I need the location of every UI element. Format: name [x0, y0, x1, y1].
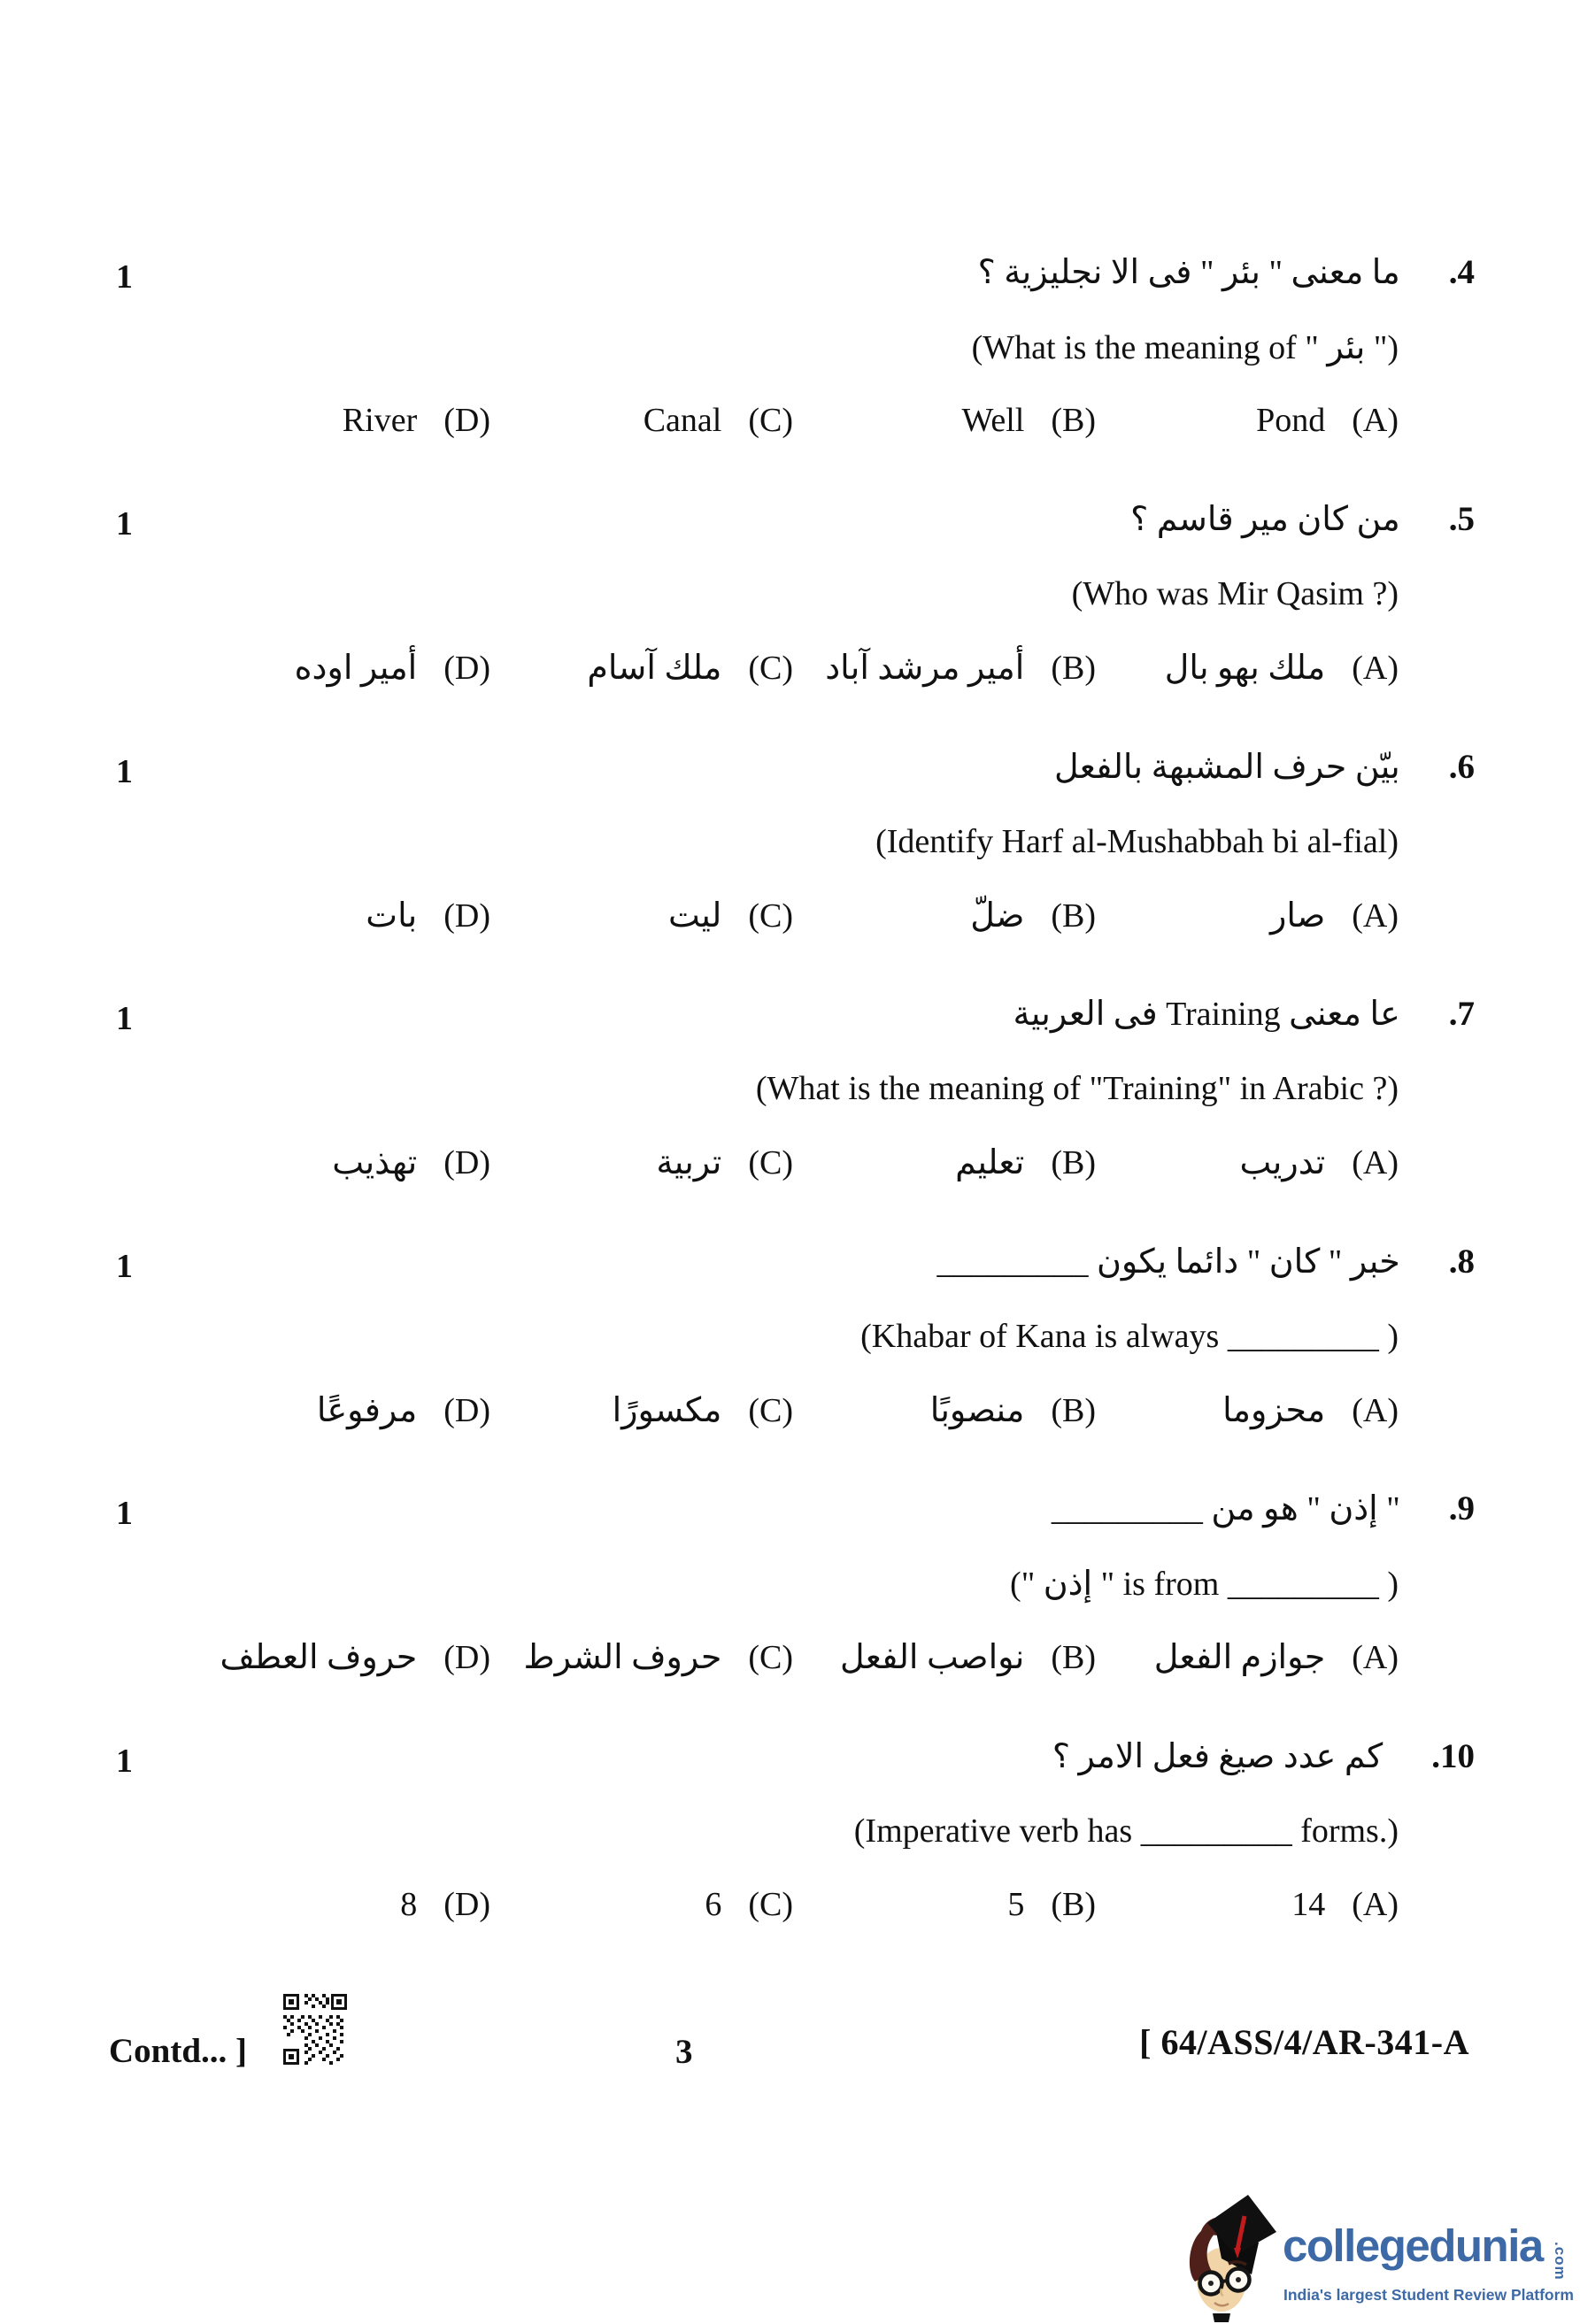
question-translation: (What is the meaning of "Training" in Ar…: [756, 1069, 1399, 1108]
question-number: 8.: [1449, 1242, 1475, 1281]
option-text: نواصب الفعل: [840, 1637, 1024, 1677]
options-row: (A)14 (B)5 (C)6 (D)8: [188, 1885, 1399, 1924]
option-b: (B)أمير مرشد آباد: [793, 648, 1096, 688]
option-letter: (B): [1051, 1143, 1096, 1182]
option-b: (B)تعليم: [793, 1143, 1096, 1182]
question-translation: (" إذن " is from _________ ): [1010, 1564, 1399, 1604]
options-row: (A)جوازم الفعل (B)نواصب الفعل (C)حروف ال…: [188, 1637, 1399, 1677]
option-b: (B)Well: [793, 401, 1096, 440]
page-number: 3: [675, 2032, 693, 2072]
option-text: جوازم الفعل: [1154, 1637, 1326, 1677]
option-text: 8: [400, 1885, 417, 1924]
options-row: (A)Pond (B)Well (C)Canal (D)River: [188, 401, 1399, 440]
option-letter: (D): [443, 401, 490, 440]
question-text-arabic: " إذن " هو من _________: [1052, 1489, 1400, 1528]
question-number: 10.: [1431, 1736, 1475, 1776]
question-heading: 8. خبر " كان " دائما يكون _________: [937, 1242, 1475, 1281]
option-c: (C)حروف الشرط: [490, 1637, 793, 1677]
question-translation: (Who was Mir Qasim ?): [1072, 574, 1399, 613]
brand-wordmark: collegedunia: [1283, 2223, 1543, 2268]
option-letter: (A): [1352, 401, 1399, 440]
option-text: Pond: [1256, 401, 1325, 440]
question-translation: (Imperative verb has _________ forms.): [854, 1812, 1399, 1851]
option-letter: (D): [443, 649, 490, 688]
question-heading: 6. بيّن حرف المشبهة بالفعل: [1054, 747, 1475, 787]
exam-paper-page: 1 4. ما معنى " بئر " فى الا نجليزية ؟ (W…: [0, 0, 1580, 2324]
question-block-10: 1 10. كم عدد صيغ فعل الامر ؟ (Imperative…: [0, 1736, 1580, 1958]
option-text: بات: [366, 896, 417, 935]
option-c: (C)تربية: [490, 1143, 793, 1182]
option-letter: (A): [1352, 649, 1399, 688]
option-text: منصوبًا: [930, 1390, 1025, 1430]
question-block-9: 1 9. " إذن " هو من _________ (" إذن " is…: [0, 1489, 1580, 1710]
option-letter: (C): [748, 1885, 793, 1924]
option-a: (A)ملك بهو بال: [1096, 648, 1399, 688]
question-heading: 7. عا معنى Training فى العربية: [1013, 994, 1475, 1034]
brand-tld: .com: [1551, 2242, 1568, 2281]
question-heading: 5. من كان مير قاسم ؟: [1130, 499, 1475, 539]
option-text: أمير مرشد آباد: [825, 648, 1024, 688]
option-a: (A)تدريب: [1096, 1143, 1399, 1182]
question-heading: 9. " إذن " هو من _________: [1052, 1489, 1475, 1528]
question-text-arabic: من كان مير قاسم ؟: [1130, 499, 1400, 539]
option-letter: (C): [748, 401, 793, 440]
question-number: 5.: [1449, 499, 1475, 539]
option-letter: (D): [443, 897, 490, 935]
option-text: ضلّ: [970, 896, 1024, 935]
option-text: Well: [962, 401, 1025, 440]
option-c: (C)ليت: [490, 896, 793, 935]
option-text: 14: [1291, 1885, 1325, 1924]
option-text: 5: [1007, 1885, 1024, 1924]
qr-code-icon: [283, 1994, 347, 2065]
paper-code: [ 64/ASS/4/AR-341-A: [1139, 2021, 1469, 2063]
question-text-arabic: خبر " كان " دائما يكون _________: [937, 1242, 1400, 1281]
question-block-8: 1 8. خبر " كان " دائما يكون _________ (K…: [0, 1242, 1580, 1463]
question-block-5: 1 5. من كان مير قاسم ؟ (Who was Mir Qasi…: [0, 499, 1580, 720]
option-letter: (C): [748, 1143, 793, 1182]
options-row: (A)ملك بهو بال (B)أمير مرشد آباد (C)ملك …: [188, 648, 1399, 688]
question-number: 6.: [1449, 747, 1475, 787]
option-text: 6: [705, 1885, 721, 1924]
option-letter: (C): [748, 1391, 793, 1430]
option-a: (A)14: [1096, 1885, 1399, 1924]
option-d: (D)حروف العطف: [188, 1637, 490, 1677]
option-a: (A)جوازم الفعل: [1096, 1637, 1399, 1677]
option-a: (A)Pond: [1096, 401, 1399, 440]
option-text: حروف الشرط: [524, 1637, 722, 1677]
option-letter: (A): [1352, 1885, 1399, 1924]
marks-value: 1: [116, 504, 133, 543]
marks-value: 1: [116, 752, 133, 791]
question-translation: (Khabar of Kana is always _________ ): [860, 1317, 1399, 1356]
option-letter: (B): [1051, 649, 1096, 688]
question-text-arabic: بيّن حرف المشبهة بالفعل: [1054, 747, 1400, 787]
question-block-7: 1 7. عا معنى Training فى العربية (What i…: [0, 994, 1580, 1215]
option-text: تهذيب: [332, 1143, 417, 1182]
graduate-mascot-icon: [1167, 2193, 1278, 2322]
option-letter: (B): [1051, 1638, 1096, 1677]
option-text: تدريب: [1239, 1143, 1325, 1182]
option-text: ليت: [668, 896, 721, 935]
question-number: 9.: [1449, 1489, 1475, 1528]
option-letter: (B): [1051, 897, 1096, 935]
option-d: (D)River: [188, 401, 490, 440]
option-letter: (A): [1352, 897, 1399, 935]
continued-label: Contd... ]: [109, 2031, 247, 2071]
option-c: (C)مكسورًا: [490, 1390, 793, 1430]
option-text: حروف العطف: [220, 1637, 418, 1677]
option-text: مرفوعًا: [317, 1390, 417, 1430]
option-letter: (C): [748, 897, 793, 935]
option-text: Canal: [644, 401, 722, 440]
option-d: (D)مرفوعًا: [188, 1390, 490, 1430]
question-text-arabic: كم عدد صيغ فعل الامر ؟: [1052, 1736, 1383, 1776]
option-letter: (B): [1051, 1885, 1096, 1924]
option-text: صار: [1270, 896, 1325, 935]
marks-value: 1: [116, 1742, 133, 1781]
option-b: (B)نواصب الفعل: [793, 1637, 1096, 1677]
option-text: تربية: [656, 1143, 721, 1182]
options-row: (A)محزوما (B)منصوبًا (C)مكسورًا (D)مرفوع…: [188, 1390, 1399, 1430]
question-heading: 4. ما معنى " بئر " فى الا نجليزية ؟: [978, 252, 1475, 292]
question-block-4: 1 4. ما معنى " بئر " فى الا نجليزية ؟ (W…: [0, 252, 1580, 473]
option-d: (D)8: [188, 1885, 490, 1924]
question-text-arabic: عا معنى Training فى العربية: [1013, 994, 1399, 1034]
option-letter: (C): [748, 649, 793, 688]
option-text: تعليم: [955, 1143, 1024, 1182]
option-text: محزوما: [1222, 1390, 1325, 1430]
option-letter: (A): [1352, 1638, 1399, 1677]
option-text: مكسورًا: [613, 1390, 722, 1430]
marks-value: 1: [116, 1494, 133, 1533]
question-heading: 10. كم عدد صيغ فعل الامر ؟: [1052, 1736, 1475, 1776]
option-letter: (D): [443, 1638, 490, 1677]
question-translation: (What is the meaning of " بئر "): [972, 327, 1399, 367]
option-c: (C)ملك آسام: [490, 648, 793, 688]
option-c: (C)Canal: [490, 401, 793, 440]
option-a: (A)محزوما: [1096, 1390, 1399, 1430]
option-text: ملك بهو بال: [1165, 648, 1325, 688]
options-row: (A)تدريب (B)تعليم (C)تربية (D)تهذيب: [188, 1143, 1399, 1182]
option-text: River: [343, 401, 417, 440]
option-d: (D)أمير اوده: [188, 648, 490, 688]
brand-tagline: India's largest Student Review Platform: [1283, 2286, 1574, 2305]
option-letter: (D): [443, 1391, 490, 1430]
option-letter: (C): [748, 1638, 793, 1677]
option-b: (B)منصوبًا: [793, 1390, 1096, 1430]
options-row: (A)صار (B)ضلّ (C)ليت (D)بات: [188, 896, 1399, 935]
marks-value: 1: [116, 1247, 133, 1286]
option-b: (B)5: [793, 1885, 1096, 1924]
question-number: 7.: [1449, 994, 1475, 1034]
option-letter: (D): [443, 1885, 490, 1924]
question-text-arabic: ما معنى " بئر " فى الا نجليزية ؟: [978, 252, 1400, 292]
option-a: (A)صار: [1096, 896, 1399, 935]
question-block-6: 1 6. بيّن حرف المشبهة بالفعل (Identify H…: [0, 747, 1580, 968]
option-b: (B)ضلّ: [793, 896, 1096, 935]
option-letter: (A): [1352, 1143, 1399, 1182]
marks-value: 1: [116, 258, 133, 296]
option-letter: (D): [443, 1143, 490, 1182]
option-d: (D)تهذيب: [188, 1143, 490, 1182]
option-d: (D)بات: [188, 896, 490, 935]
question-number: 4.: [1449, 252, 1475, 292]
marks-value: 1: [116, 999, 133, 1038]
option-letter: (A): [1352, 1391, 1399, 1430]
option-letter: (B): [1051, 1391, 1096, 1430]
option-c: (C)6: [490, 1885, 793, 1924]
option-text: أمير اوده: [295, 648, 418, 688]
question-translation: (Identify Harf al-Mushabbah bi al-fial): [875, 822, 1399, 861]
option-letter: (B): [1051, 401, 1096, 440]
option-text: ملك آسام: [587, 648, 721, 688]
